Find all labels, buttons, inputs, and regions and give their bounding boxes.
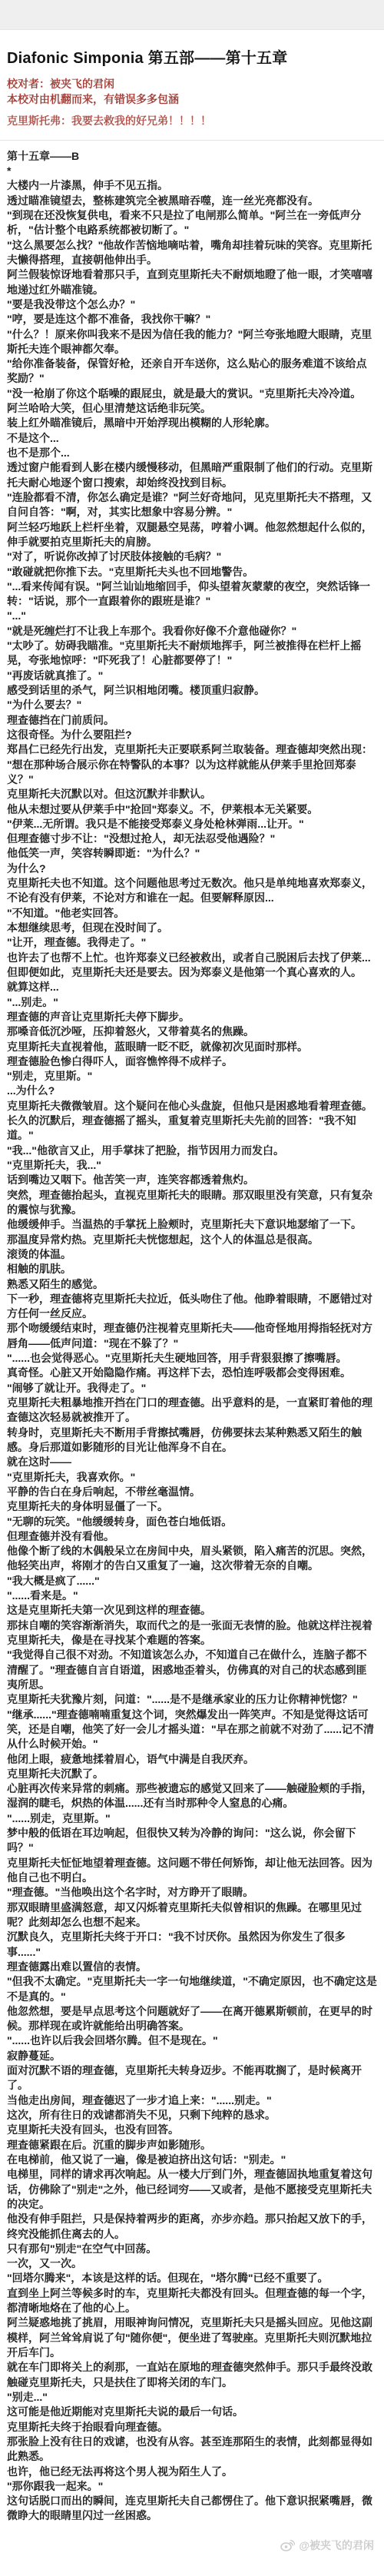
paragraph: "我..."他欲言又止，用手掌抹了把脸，指节因用力而发白。 [7,1144,377,1158]
paragraph: "别走，克里斯。" [7,1069,377,1084]
paragraph: "克里斯托夫，我..." [7,1158,377,1173]
paragraph: 郑昌仁已经先行出发，克里斯托夫正要联系阿兰取装备。理查德却突然出现： [7,742,377,757]
paragraph: 感受到话里的杀气，阿兰识相地闭嘴。楼顶重归寂静。 [7,683,377,698]
watermark-text: @被夹飞的君闲 [299,2538,374,2553]
paragraph: 克里斯托夫直视着他，蓝眼睛一眨不眨，就像初次见面时那样。 [7,1040,377,1054]
paragraph: 这次，所有往日的戏谑都消失不见，只剩下纯粹的恳求。 [7,2108,377,2123]
paragraph: 克里斯托夫沉默以对。但这沉默并非默认。 [7,787,377,802]
paragraph: "...看来传闻有误。"阿兰讪讪地缩回手，仰头望着灰蒙蒙的夜空，突然话锋一转："… [7,579,377,609]
paragraph: "到现在还没恢复供电，看来不只是拉了电闸那么简单。"阿兰在一旁低声分析，"估计整… [7,208,377,238]
paragraph: 那抹自嘲的笑容渐渐消失，取而代之的是一张面无表情的脸。他就这样注视着克里斯托夫，… [7,1618,377,1648]
paragraph: 他缓缓伸手。当温热的手掌抚上脸颊时，克里斯托夫下意识地瑟缩了一下。 [7,1217,377,1232]
paragraph: "太吵了。妨碍我瞄准。"克里斯托夫不耐烦地挥手，阿兰被推得在栏杆上摇晃，夸张地惊… [7,639,377,669]
paragraph: 只有那句"别走"在空气中回荡。 [7,2242,377,2256]
paragraph: "不知道。"他老实回答。 [7,906,377,921]
paragraph: 就算这样... [7,980,377,994]
paragraph: 克里斯托夫没有回头，也没有回答。 [7,2123,377,2137]
paragraph: 克里斯托夫微微皱眉。这个疑问在他心头盘旋，但他只是困惑地看着理查德。 [7,1099,377,1114]
paragraph: 克里斯托夫的身体明显僵了一下。 [7,1499,377,1514]
character-quote-line: 克里斯托弗：我要去救我的好兄弟！！！！ [7,114,377,129]
paragraph: 那个吻缓缓结束时，理查德仍注视着克里斯托夫——他奇怪地用拇指轻抚对方唇角——低声… [7,1321,377,1351]
paragraph: "克里斯托夫，我喜欢你。" [7,1470,377,1485]
paragraph: 这很奇怪。为什么要阻拦? [7,728,377,742]
paragraph: 他低笑一声，笑容转瞬即逝："为什么？" [7,846,377,861]
top-gray-strip [0,0,384,30]
paragraph: ...为什么? [7,1084,377,1098]
paragraph: "无聊的玩笑。"他缓缓转身，面色苍白地低语。 [7,1515,377,1529]
paragraph: 克里斯托夫终于抬眼看向理查德。 [7,2420,377,2435]
paragraph: 理查德紧跟在后。沉重的脚步声如影随形。 [7,2138,377,2153]
paragraph: 阿兰疑惑地挑了挑眉，用眼神询问情况，克里斯托夫只是摇头回应。见他这副模样，阿兰耸… [7,2315,377,2360]
paragraph: 也许去了也帮不上忙。也许郑泰义已经被救出，或者自己脱困后去找了伊莱...但即便如… [7,951,377,981]
paragraph: 也不是那个... [7,446,377,460]
proofreader-line: 校对者：被夹飞的君闲 [7,77,377,92]
paragraph: 阿兰假装惊讶地看着那只手，直到克里斯托夫不耐烦地瞪了他一眼，才笑嘻嘻地递过红外瞄… [7,267,377,297]
paragraph: "对了，听说你改掉了讨厌肢体接触的毛病？" [7,549,377,564]
paragraph: 也许，他已经无法再将这个男人视为陌生人了。 [7,2465,377,2479]
paragraph: 寂静蔓延。 [7,2049,377,2063]
paragraph: 理查德露出难以置信的表情。 [7,1960,377,1974]
paragraph: "想在那种场合展示你在特警队的本事？以为这样就能从伊莱手里抢回郑泰义？" [7,758,377,788]
paragraph: 理查德脸色惨白得吓人，面容憔悴得不成样子。 [7,1054,377,1069]
paragraph: 这可能是他近期能对克里斯托夫说的最后一句话。 [7,2405,377,2419]
paragraph: 熟悉又陌生的感觉。 [7,1277,377,1292]
paragraph: 他忽然想，要是早点思考这个问题就好了——在离开德累斯顿前，在更早的时候。那样现在… [7,2004,377,2034]
paragraph: 滚烫的体温。 [7,1247,377,1262]
paragraph: "就是死缠烂打不让我上车那个。我看你好像不介意他碰你？" [7,624,377,639]
paragraph: "但我不太确定。"克里斯托夫一字一句地继续道，"不确定原因，也不确定这是不是真的… [7,1974,377,2004]
paragraph: "......也会觉得恶心。"克里斯托夫生硬地回答，用手背狠狠擦了擦嘴唇。 [7,1351,377,1366]
paragraph: "要是我没带这个怎么办？" [7,297,377,312]
paragraph: "我大概是疯了......" [7,1574,377,1588]
paragraph: 他闭上眼，疲惫地揉着眉心，语气中满是自我厌弃。 [7,1752,377,1767]
paragraph: 透过窗户能看到人影在楼内缓慢移动，但黑暗严重限制了他们的行动。克里斯托夫耐心地逐… [7,460,377,490]
paragraph: 装上红外瞄准镜后，黑暗中开始浮现出模糊的人形轮廓。 [7,416,377,430]
paragraph: "..." [7,609,377,623]
paragraph: 他像个断了线的木偶般呆立在房间中央，眉头紧锁，陷入痛苦的沉思。突然，他轻笑出声，… [7,1544,377,1574]
page-title: Diafonic Simponia 第五部——第十五章 [7,45,377,68]
paragraph: "敢碰就把你推下去。"克里斯托夫头也不回地警告。 [7,565,377,579]
paragraph: 电梯里，同样的请求再次响起。从一楼大厅到门外，理查德固执地重复着这句话，仿佛除了… [7,2167,377,2212]
paragraph: 不是这个... [7,431,377,446]
paragraph: 下一秒，理查德将克里斯托夫拉近，低头吻住了他。他睁着眼睛，不愿错过对方任何一丝反… [7,1292,377,1322]
paragraph: 那张脸上没有往日的戏谑，也没有从容。甚至连那陌生的表情，此刻都显得如此熟悉。 [7,2435,377,2465]
paragraph: "连脸都看不清，你怎么确定是谁？"阿兰好奇地问，见克里斯托夫不搭理，又自问自答：… [7,490,377,520]
paragraph: "别走..." [7,2390,377,2405]
paragraph: 为什么? [7,861,377,876]
paragraph: "没一枪崩了你这个聒噪的跟屁虫，就是最大的赏识。"克里斯托夫冷冷道。 [7,387,377,401]
paragraph: 真奇怪。心脏又开始隐隐作痛。再这样下去，恐怕连呼吸都会变得困难。 [7,1366,377,1380]
paragraph: "......别走，克里斯。" [7,1811,377,1826]
paragraph: "让开，理查德。我得走了。" [7,935,377,950]
paragraph: 这句话脱口而出的瞬间，连克里斯托夫自己都愣住了。他下意识抿紧嘴唇，微微睁大的眼睛… [7,2494,377,2524]
post-page: Diafonic Simponia 第五部——第十五章 校对者：被夹飞的君闲 本… [0,0,384,2576]
paragraph: 大楼内一片漆黑，伸手不见五指。 [7,178,377,193]
paragraph: "那你跟我一起来。" [7,2479,377,2494]
paragraph: 透过瞄准镜望去，整栋建筑完全被黑暗吞噬，连一丝光亮都没有。 [7,194,377,208]
paragraph: 第十五章——B [7,149,377,164]
paragraph: 理查德的声音让克里斯托夫停下脚步。 [7,1010,377,1024]
paragraph: 克里斯托夫沉默了。 [7,1767,377,1781]
paragraph: 一次，又一次。 [7,2256,377,2271]
chapter-body: 第十五章——B*大楼内一片漆黑，伸手不见五指。透过瞄准镜望去，整栋建筑完全被黑暗… [7,149,377,2524]
paragraph: "回塔尔腾来"，本该是这样的话。但现在，"塔尔腾"已经不重要了。 [7,2271,377,2286]
paragraph: "我觉得自己很不对劲。不知道该怎么办，不知道自己在做什么，连脑子都不清醒了。"理… [7,1648,377,1692]
paragraph: "...别走。" [7,995,377,1010]
paragraph: 阿兰哈哈大笑，但心里清楚这话绝非玩笑。 [7,401,377,416]
paragraph: 梦中般的低语在耳边响起，但很快又转为冷静的询问："这么说，你会留下吗？" [7,1826,377,1856]
paragraph: 在电梯前，他又说了一遍，像是被迫挤出这句话："别走。" [7,2153,377,2167]
paragraph: 长久的沉默后，理查德摇了摇头，重复着克里斯托夫先前的回答："我不知道。" [7,1114,377,1144]
paragraph: "......也许以后我会回塔尔腾。但不是现在。" [7,2033,377,2048]
paragraph: "为什么要去？" [7,698,377,712]
paragraph: "再废话就真推了。" [7,669,377,683]
header-divider [0,140,384,141]
paragraph: "伊莱...无所谓。我只是不能接受郑泰义身处枪林弹雨...让开。" [7,817,377,832]
paragraph: 阿兰轻巧地跃上栏杆坐着，双腿悬空晃荡，哼着小调。他忽然想起什么似的，伸手就要拍克… [7,520,377,550]
paragraph: 直到坐上阿兰等候多时的车，克里斯托夫都没有回头。但理查德的每一个字，都清晰地烙在… [7,2286,377,2316]
paragraph: 相触的肌肤。 [7,1262,377,1276]
paragraph: 那温度异常灼热。克里斯托夫恍惚想起，这个人的体温总是很高。 [7,1233,377,1247]
paragraph: 就在车门即将关上的刹那，一直站在原地的理查德突然伸手。那只手最终没敢触碰克里斯托… [7,2360,377,2390]
disclaimer-line: 本校对由机翻而来，有错误多多包涵 [7,92,377,108]
paragraph: 当他走出房间，理查德迟了一步才追上来："......别走。" [7,2093,377,2108]
paragraph: 但理查德寸步不让："没想过抢人，却无法忍受他遇险？" [7,832,377,846]
watermark: @被夹飞的君闲 [7,2524,377,2553]
paragraph: "理查德。"当他唤出这个名字时，对方睁开了眼睛。 [7,1885,377,1900]
paragraph: 突然，理查德抬起头，直视克里斯托夫的眼睛。那双眼里没有笑意，只有复杂的震惊与犹豫… [7,1188,377,1218]
paragraph: 平静的告白在身后响起，不带丝毫温情。 [7,1485,377,1499]
paragraph: 话到嘴边又咽下。他苦笑一声，连笑容都透着焦灼。 [7,1173,377,1187]
paragraph: "这么黑要怎么找？"他故作苦恼地嘀咕着，嘴角却挂着玩味的笑容。克里斯托夫懒得搭理… [7,238,377,268]
paragraph: 但理查德并没有看他。 [7,1529,377,1544]
paragraph: "什么？！原来你叫我来不是因为信任我的能力？"阿兰夸张地瞪大眼睛，克里斯托夫连个… [7,327,377,357]
paragraph: "继承......"理查德喃喃重复这个词，突然爆发出一阵笑声。不知是觉得这话可笑… [7,1708,377,1752]
paragraph: * [7,164,377,178]
paragraph: 面对沉默不语的理查德，克里斯托夫转身迈步。不能再耽搁了，是时候离开了。 [7,2063,377,2093]
paragraph: "哼，要是连这个都不准备，我找你干嘛？" [7,312,377,327]
paragraph: 心脏再次传来异常的刺痛。那些被遗忘的感觉又回来了——触碰脸颊的手指，湿润的睫毛，… [7,1781,377,1811]
paragraph: 克里斯托夫犹豫片刻，问道："......是不是继承家业的压力让你精神恍惚？" [7,1692,377,1707]
paragraph: 沉默良久，克里斯托夫终于开口："我不讨厌你。虽然因为你发生了很多事......" [7,1930,377,1960]
paragraph: 理查德挡在门前质问。 [7,713,377,728]
paragraph: 克里斯托夫也不知道。这个问题他思考过无数次。他只是单纯地喜欢郑泰义，不论有没有伊… [7,876,377,906]
paragraph: 克里斯托夫粗暴地推开挡在门口的理查德。出乎意料的是，一直紧盯着他的理查德这次轻易… [7,1396,377,1426]
paragraph: 转身时，克里斯托夫不断用手背擦拭嘴唇，仿佛要抹去某种熟悉又陌生的触感。身后那道如… [7,1426,377,1456]
paragraph: 本想继续思考，但现在没时间了。 [7,921,377,935]
paragraph: 那嗓音低沉沙哑，压抑着怒火，又带着莫名的焦躁。 [7,1024,377,1039]
paragraph: 就在这时—— [7,1455,377,1469]
paragraph: 这是克里斯托夫第一次见到这样的理查德。 [7,1603,377,1618]
paragraph: 他从未想过要从伊莱手中"抢回"郑泰义。不，伊莱根本无关紧要。 [7,802,377,817]
paragraph: "......看来是。" [7,1588,377,1603]
weibo-eye-icon [280,2539,295,2551]
paragraph: "给你准备装备，保管好枪，还亲自开车送你，这么贴心的服务难道不该给点奖励？" [7,357,377,387]
paragraph: 克里斯托夫怔怔地望着理查德。这问题不带任何矫饰，却让他无法回答。因为他自己也不明… [7,1856,377,1886]
paragraph: 那双眼睛里盛满怒意，却又闪烁着克里斯托夫似曾相识的焦躁。在哪里见过呢？此刻却怎么… [7,1900,377,1930]
paragraph: 他没有伸手阻拦，只是保持着两步的距离，亦步亦趋。那只抬起又放下的手，终究没能抓住… [7,2212,377,2242]
paragraph: "闹够了就让开。我得走了。" [7,1381,377,1396]
post-content: Diafonic Simponia 第五部——第十五章 校对者：被夹飞的君闲 本… [0,30,384,2576]
